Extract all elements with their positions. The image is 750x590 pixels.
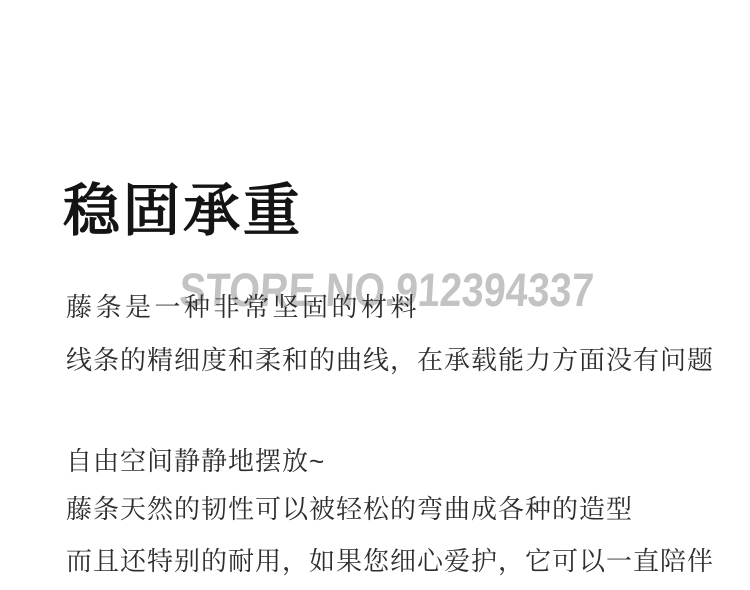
body-line-3: 自由空间静静地摆放~	[66, 448, 325, 474]
body-line-4: 藤条天然的韧性可以被轻松的弯曲成各种的造型	[66, 496, 633, 522]
page-title: 稳固承重	[63, 180, 303, 243]
body-line-5: 而且还特别的耐用，如果您细心爱护，它可以一直陪伴	[66, 548, 714, 574]
product-description-image: 稳固承重 STORE NO.912394337 藤条是一种非常坚固的材料 线条的…	[0, 0, 750, 590]
body-line-2: 线条的精细度和柔和的曲线，在承载能力方面没有问题	[66, 347, 714, 373]
body-line-1: 藤条是一种非常坚固的材料	[66, 294, 420, 320]
